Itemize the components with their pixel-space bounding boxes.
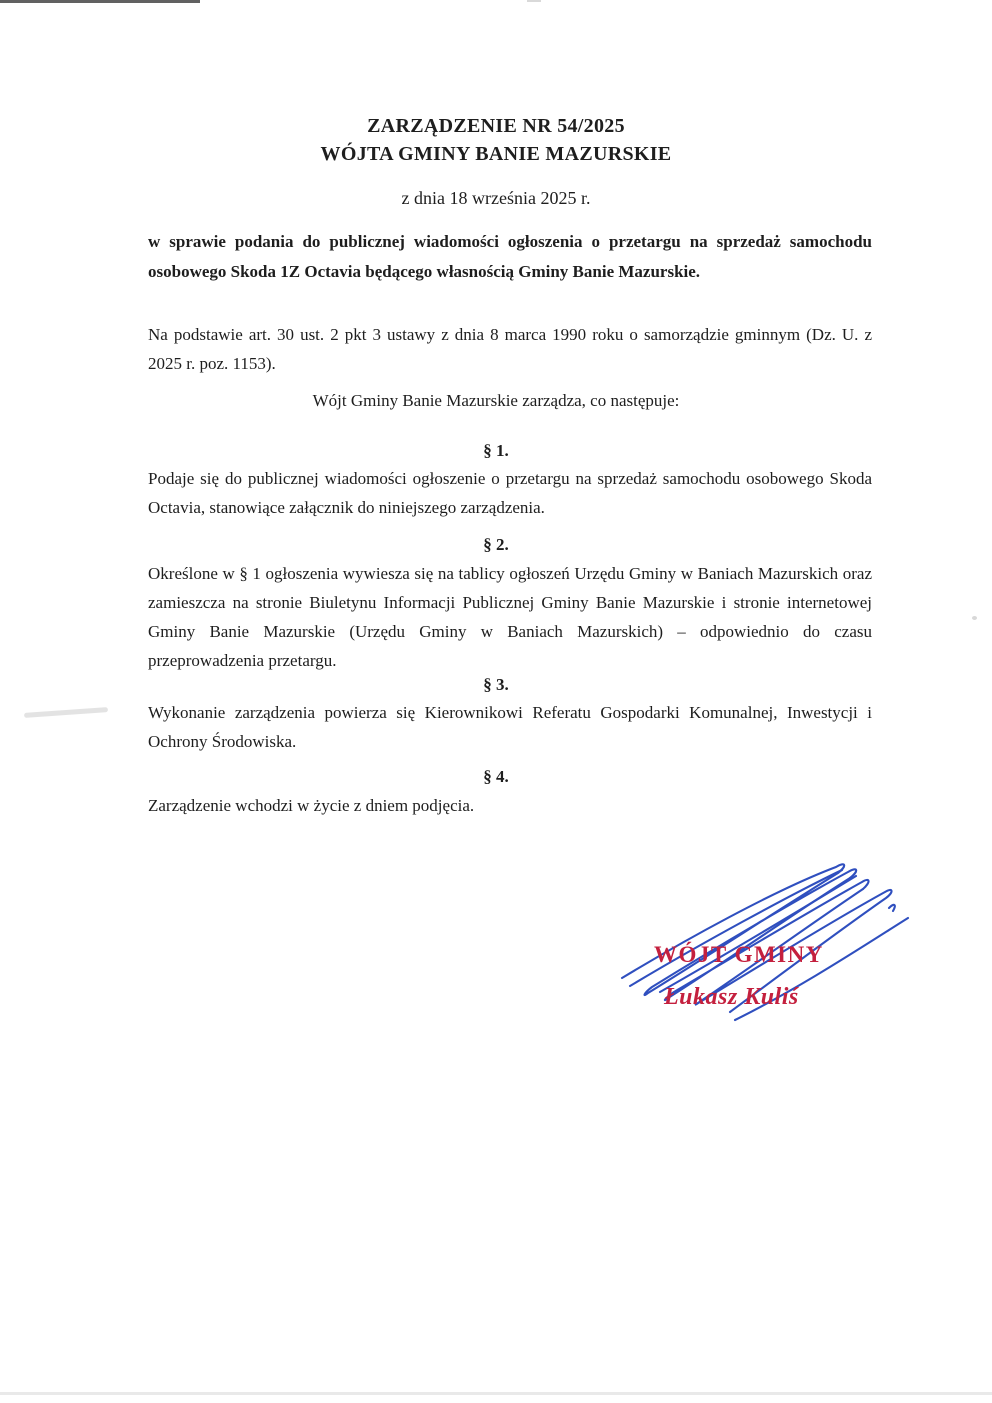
document-title-line1: ZARZĄDZENIE NR 54/2025 [148,112,844,140]
section-1-heading: § 1. [148,441,844,461]
document-subject: w sprawie podania do publicznej wiadomoś… [148,227,872,287]
section-2-body: Określone w § 1 ogłoszenia wywiesza się … [148,559,872,675]
scan-artifact-bottom-edge [0,1392,992,1395]
section-1-body: Podaje się do publicznej wiadomości ogło… [148,464,872,522]
document-title: ZARZĄDZENIE NR 54/2025 WÓJTA GMINY BANIE… [148,112,844,168]
section-3-body: Wykonanie zarządzenia powierza się Kiero… [148,698,872,756]
scanned-document-page: ZARZĄDZENIE NR 54/2025 WÓJTA GMINY BANIE… [0,0,992,1403]
scan-artifact-speck [972,616,977,620]
document-title-line2: WÓJTA GMINY BANIE MAZURSKIE [148,140,844,168]
section-4-body: Zarządzenie wchodzi w życie z dniem podj… [148,791,872,820]
stamp-signer-name: Łukasz Kuliś [663,984,799,1010]
scan-artifact-smudge [24,707,108,718]
legal-basis: Na podstawie art. 30 ust. 2 pkt 3 ustawy… [148,320,872,378]
stamp-title: WÓJT GMINY [654,941,824,967]
section-4-heading: § 4. [148,767,844,787]
scan-artifact-top-edge [0,0,200,3]
signature-graphic: WÓJT GMINY Łukasz Kuliś [600,840,930,1040]
document-date: z dnia 18 września 2025 r. [148,186,844,210]
signature-block: WÓJT GMINY Łukasz Kuliś [600,840,930,1040]
section-2-heading: § 2. [148,535,844,555]
section-3-heading: § 3. [148,675,844,695]
scan-artifact-top-speck [527,0,541,2]
preamble: Wójt Gminy Banie Mazurskie zarządza, co … [148,391,844,411]
